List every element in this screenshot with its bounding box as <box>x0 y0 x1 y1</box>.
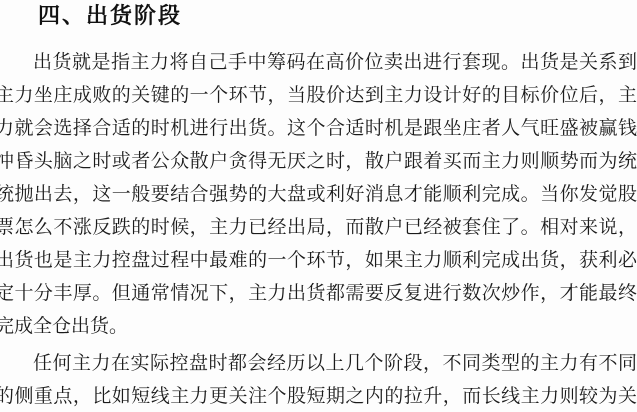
text-line: 统抛出去，这一般要结合强势的大盘或利好消息才能顺利完成。当你发觉股 <box>0 178 637 211</box>
text-line: 的侧重点，比如短线主力更关注个股短期之内的拉升，而长线主力则较为关 <box>0 380 637 412</box>
text-line: 出货也是主力控盘过程中最难的一个环节，如果主力顺利完成出货，获利必 <box>0 244 637 277</box>
paragraph-distribution-intro: 出货就是指主力将自己手中筹码在高价位卖出进行套现。出货是关系到 主力坐庄成败的关… <box>0 46 637 343</box>
text-line: 完成全仓出货。 <box>0 310 637 343</box>
text-line: 票怎么不涨反跌的时候，主力已经出局，而散户已经被套住了。相对来说， <box>0 211 637 244</box>
paragraph-stage-summary: 任何主力在实际控盘时都会经历以上几个阶段，不同类型的主力有不同 的侧重点，比如短… <box>0 347 637 412</box>
body-text: 出货就是指主力将自己手中筹码在高价位卖出进行套现。出货是关系到 主力坐庄成败的关… <box>0 46 637 412</box>
section-heading: 四、出货阶段 <box>38 3 182 29</box>
text-line: 任何主力在实际控盘时都会经历以上几个阶段，不同类型的主力有不同 <box>0 347 637 380</box>
text-line: 冲昏头脑之时或者公众散户贪得无厌之时，散户跟着买而主力则顺势而为统 <box>0 145 637 178</box>
text-line: 定十分丰厚。但通常情况下，主力出货都需要反复进行数次炒作，才能最终 <box>0 277 637 310</box>
book-page: 四、出货阶段 出货就是指主力将自己手中筹码在高价位卖出进行套现。出货是关系到 主… <box>0 0 637 412</box>
text-line: 力就会选择合适的时机进行出货。这个合适时机是跟坐庄者人气旺盛被赢钱 <box>0 112 637 145</box>
text-line: 出货就是指主力将自己手中筹码在高价位卖出进行套现。出货是关系到 <box>0 46 637 79</box>
text-line: 主力坐庄成败的关键的一个环节，当股价达到主力设计好的目标价位后，主 <box>0 79 637 112</box>
